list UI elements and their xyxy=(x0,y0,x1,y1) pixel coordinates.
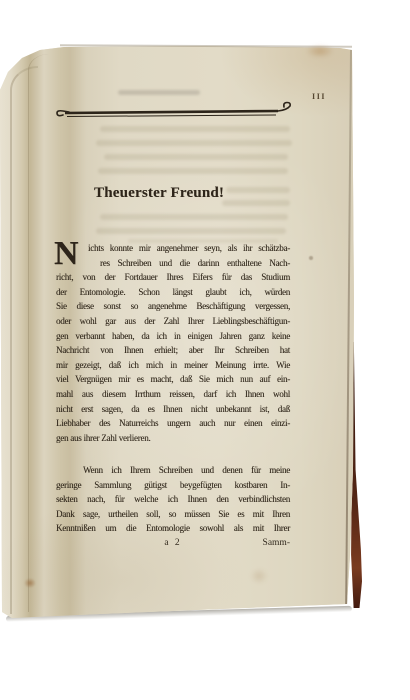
text-line: Nachricht von Ihnen erhielt; aber Ihr Sc… xyxy=(56,343,290,358)
chapter-heading: Theuerster Freund! xyxy=(94,185,224,202)
text-line: res Schreiben und die darinn enthaltene … xyxy=(56,256,290,271)
text-line: Dank sage, urtheilen soll, so müssen Sie… xyxy=(56,507,290,522)
signature-row: a 2 Samm- xyxy=(56,538,290,552)
text-line: geringe Sammlung gütigst beygefügten kos… xyxy=(56,478,290,493)
text-line: gen aus ihrer Zahl verlieren. xyxy=(56,431,290,446)
text-line: gen verbannt haben, da ich in einigen Ja… xyxy=(56,329,290,344)
text-line: Kenntnißen um die Entomologie sowohl als… xyxy=(56,521,290,536)
text-line: sekten nach, für welche ich Ihnen den ve… xyxy=(56,492,290,507)
text-line: Wenn ich Ihrem Schreiben und denen für m… xyxy=(56,463,290,478)
text-line: Liebhaber des Naturreichs ungern auch nu… xyxy=(56,416,290,431)
page-number: III xyxy=(312,92,326,101)
text-line: mir gezeigt, daß ich mich in meiner Mein… xyxy=(56,358,290,373)
text-line: der Entomologie. Schon längst glaubt ich… xyxy=(56,285,290,300)
paragraph: Wenn ich Ihrem Schreiben und denen für m… xyxy=(56,463,290,536)
text-line: nicht erst sagen, da es Ihnen nicht unbe… xyxy=(56,402,290,417)
drop-cap-initial: N xyxy=(54,237,78,271)
page-content: III Theuerster Freund! N ichts konnte mi… xyxy=(0,0,410,700)
text-line: oder wohl gar aus der Zahl Ihrer Lieblin… xyxy=(56,314,290,329)
book-photo: III Theuerster Freund! N ichts konnte mi… xyxy=(0,0,410,700)
paragraph-lines: ichts konnte mir angenehmer seyn, als ih… xyxy=(56,241,290,445)
text-line: viel Vergnügen mir es macht, daß Sie mic… xyxy=(56,372,290,387)
text-line: mahl aus diesem Irrthum reissen, darf ic… xyxy=(56,387,290,402)
catchword: Samm- xyxy=(263,538,290,548)
paragraph: N ichts konnte mir angenehmer seyn, als … xyxy=(56,241,290,445)
text-line: Sie diese sonst so angenehme Beschäftigu… xyxy=(56,299,290,314)
signature-mark: a 2 xyxy=(164,538,181,548)
text-line: ichts konnte mir angenehmer seyn, als ih… xyxy=(56,241,290,256)
text-line: richt, von der Fortdauer Ihres Eifers fü… xyxy=(56,270,290,285)
ornamental-rule xyxy=(54,101,294,125)
